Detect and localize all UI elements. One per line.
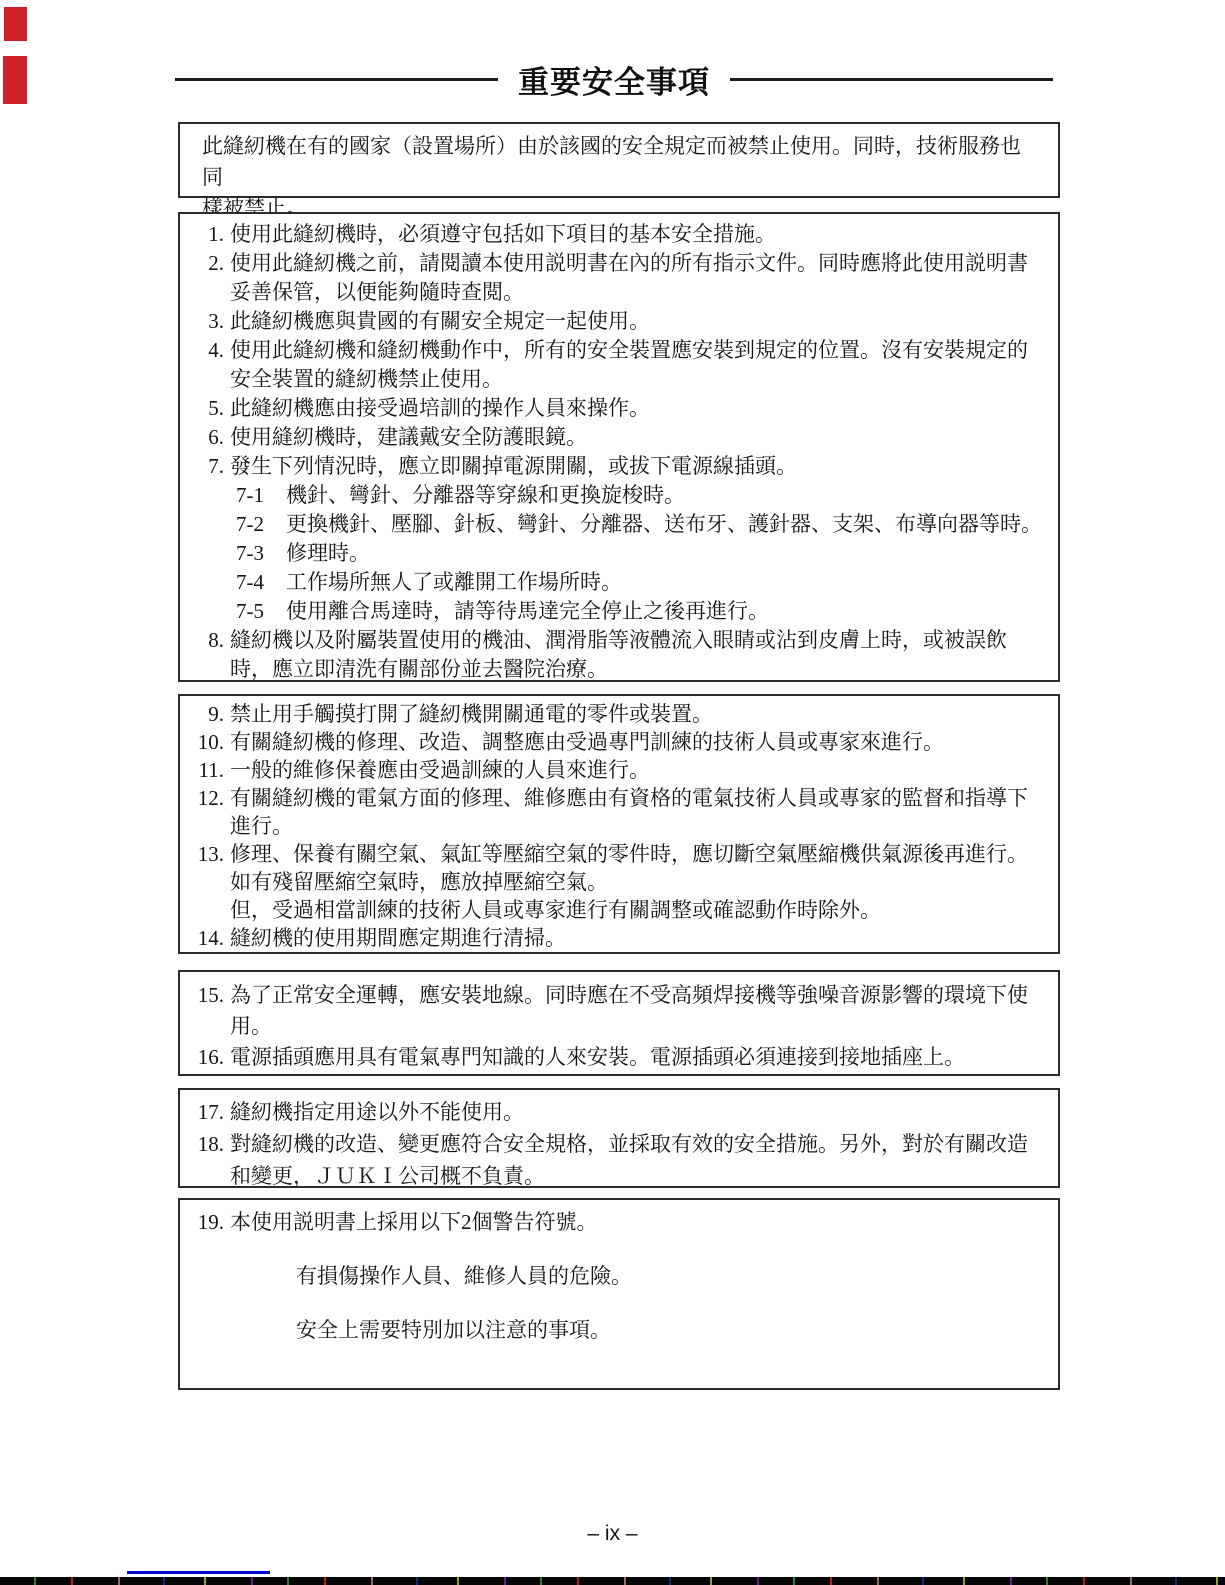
- safety-box-warning-symbols: 19.本使用説明書上採用以下2個警告符號。有損傷操作人員、維修人員的危險。安全上…: [178, 1198, 1060, 1390]
- item-text: 此縫紉機應由接受過培訓的操作人員來操作。: [230, 394, 1044, 423]
- item-text: 有關縫紉機的電氣方面的修理、維修應由有資格的電氣技術人員或專家的監督和指導下 進…: [230, 784, 1044, 840]
- safety-item: 1.使用此縫紉機時，必須遵守包括如下項目的基本安全措施。: [196, 220, 1044, 249]
- safety-item: 5.此縫紉機應由接受過培訓的操作人員來操作。: [196, 394, 1044, 423]
- item-number: 11.: [196, 756, 224, 784]
- item-number: 7-1: [236, 481, 278, 510]
- safety-item: 14.縫紉機的使用期間應定期進行清掃。: [196, 924, 1044, 952]
- blue-underline-artifact: [127, 1571, 270, 1574]
- item-number: 19.: [196, 1208, 224, 1237]
- safety-item: 7-5使用離合馬達時，請等待馬達完全停止之後再進行。: [236, 597, 1044, 626]
- item-number: 3.: [196, 307, 224, 336]
- manual-page: 重要安全事項 此縫紉機在有的國家（設置場所）由於該國的安全規定而被禁止使用。同時…: [0, 0, 1225, 1585]
- item-number: 2.: [196, 249, 224, 278]
- item-number: 9.: [196, 700, 224, 728]
- title-rule-right: [730, 78, 1053, 81]
- intro-text: 此縫紉機在有的國家（設置場所）由於該國的安全規定而被禁止使用。同時，技術服務也同…: [202, 134, 1021, 220]
- item-text: 縫紉機的使用期間應定期進行清掃。: [230, 924, 1044, 952]
- safety-item: 10.有關縫紉機的修理、改造、調整應由受過專門訓練的技術人員或專家來進行。: [196, 728, 1044, 756]
- title-row: 重要安全事項: [175, 56, 1053, 102]
- item-text: 此縫紉機應與貴國的有關安全規定一起使用。: [230, 307, 1044, 336]
- intro-box: 此縫紉機在有的國家（設置場所）由於該國的安全規定而被禁止使用。同時，技術服務也同…: [178, 122, 1060, 198]
- item-number: 12.: [196, 784, 224, 812]
- safety-item: 3.此縫紉機應與貴國的有關安全規定一起使用。: [196, 307, 1044, 336]
- safety-box-grounding: 15.為了正常安全運轉，應安裝地線。同時應在不受高頻焊接機等強噪音源影響的環境下…: [178, 970, 1060, 1076]
- item-text: 電源插頭應用具有電氣專門知識的人來安裝。電源插頭必須連接到接地插座上。: [230, 1042, 1044, 1073]
- item-text: 機針、彎針、分離器等穿線和更換旋梭時。: [286, 481, 1044, 510]
- item-text: 使用此縫紉機之前，請閱讀本使用説明書在內的所有指示文件。同時應將此使用説明書 妥…: [230, 249, 1044, 307]
- item-text: 本使用説明書上採用以下2個警告符號。: [230, 1208, 1044, 1237]
- safety-item: 18.對縫紉機的改造、變更應符合安全規格，並採取有效的安全措施。另外，對於有關改…: [196, 1128, 1044, 1192]
- red-edge-mark-top: [4, 7, 27, 41]
- safety-item: 19.本使用説明書上採用以下2個警告符號。: [196, 1208, 1044, 1237]
- item-text: 縫紉機指定用途以外不能使用。: [230, 1096, 1044, 1128]
- item-text: 縫紉機以及附屬裝置使用的機油、潤滑脂等液體流入眼睛或沾到皮膚上時，或被誤飲 時，…: [230, 626, 1044, 684]
- item-text: 為了正常安全運轉，應安裝地線。同時應在不受高頻焊接機等強噪音源影響的環境下使 用…: [230, 980, 1044, 1042]
- item-text: 一般的維修保養應由受過訓練的人員來進行。: [230, 756, 1044, 784]
- safety-item: 6.使用縫紉機時，建議戴安全防護眼鏡。: [196, 423, 1044, 452]
- safety-item: 9.禁止用手觸摸打開了縫紉機開關通電的零件或裝置。: [196, 700, 1044, 728]
- item-text: 發生下列情況時，應立即關掉電源開關，或拔下電源線插頭。: [230, 452, 1044, 481]
- safety-item: 13.修理、保養有關空氣、氣缸等壓縮空氣的零件時，應切斷空氣壓縮機供氣源後再進行…: [196, 840, 1044, 924]
- item-text: 對縫紉機的改造、變更應符合安全規格，並採取有效的安全措施。另外，對於有關改造 和…: [230, 1128, 1044, 1192]
- page-title: 重要安全事項: [518, 57, 710, 102]
- scan-edge-strip: [0, 1577, 1225, 1585]
- safety-item: 4.使用此縫紉機和縫紉機動作中，所有的安全裝置應安裝到規定的位置。沒有安裝規定的…: [196, 336, 1044, 394]
- safety-box-basic: 1.使用此縫紉機時，必須遵守包括如下項目的基本安全措施。2.使用此縫紉機之前，請…: [178, 212, 1060, 682]
- item-text: 有關縫紉機的修理、改造、調整應由受過專門訓練的技術人員或專家來進行。: [230, 728, 1044, 756]
- item-text: 修理時。: [286, 539, 1044, 568]
- item-number: 10.: [196, 728, 224, 756]
- safety-item: 16.電源插頭應用具有電氣專門知識的人來安裝。電源插頭必須連接到接地插座上。: [196, 1042, 1044, 1073]
- safety-item: 11.一般的維修保養應由受過訓練的人員來進行。: [196, 756, 1044, 784]
- safety-item: 有損傷操作人員、維修人員的危險。: [296, 1262, 1044, 1291]
- item-number: 7-3: [236, 539, 278, 568]
- safety-item: 安全上需要特別加以注意的事項。: [296, 1316, 1044, 1345]
- item-text: 修理、保養有關空氣、氣缸等壓縮空氣的零件時，應切斷空氣壓縮機供氣源後再進行。 如…: [230, 840, 1044, 924]
- safety-item: 8.縫紉機以及附屬裝置使用的機油、潤滑脂等液體流入眼睛或沾到皮膚上時，或被誤飲 …: [196, 626, 1044, 684]
- item-number: 1.: [196, 220, 224, 249]
- safety-item: 12.有關縫紉機的電氣方面的修理、維修應由有資格的電氣技術人員或專家的監督和指導…: [196, 784, 1044, 840]
- item-number: 5.: [196, 394, 224, 423]
- item-text: 有損傷操作人員、維修人員的危險。: [296, 1262, 1044, 1291]
- item-number: 15.: [196, 980, 224, 1011]
- item-number: 7-5: [236, 597, 278, 626]
- item-text: 使用此縫紉機時，必須遵守包括如下項目的基本安全措施。: [230, 220, 1044, 249]
- safety-item: 7.發生下列情況時，應立即關掉電源開關，或拔下電源線插頭。: [196, 452, 1044, 481]
- title-rule-left: [175, 78, 498, 81]
- safety-item: 7-4工作場所無人了或離開工作場所時。: [236, 568, 1044, 597]
- item-number: 7.: [196, 452, 224, 481]
- safety-item: 2.使用此縫紉機之前，請閱讀本使用説明書在內的所有指示文件。同時應將此使用説明書…: [196, 249, 1044, 307]
- page-number: – ix –: [0, 1522, 1225, 1546]
- safety-item: 7-2更換機針、壓腳、針板、彎針、分離器、送布牙、護針器、支架、布導向器等時。: [236, 510, 1044, 539]
- item-number: 8.: [196, 626, 224, 655]
- item-text: 使用此縫紉機和縫紉機動作中，所有的安全裝置應安裝到規定的位置。沒有安裝規定的 安…: [230, 336, 1044, 394]
- red-edge-mark-bottom: [3, 56, 27, 104]
- item-number: 7-2: [236, 510, 278, 539]
- safety-box-maintenance: 9.禁止用手觸摸打開了縫紉機開關通電的零件或裝置。10.有關縫紉機的修理、改造、…: [178, 694, 1060, 954]
- item-number: 13.: [196, 840, 224, 868]
- item-text: 工作場所無人了或離開工作場所時。: [286, 568, 1044, 597]
- item-number: 17.: [196, 1096, 224, 1128]
- item-text: 安全上需要特別加以注意的事項。: [296, 1316, 1044, 1345]
- safety-item: 7-3修理時。: [236, 539, 1044, 568]
- item-number: 7-4: [236, 568, 278, 597]
- safety-item: 17.縫紉機指定用途以外不能使用。: [196, 1096, 1044, 1128]
- item-number: 14.: [196, 924, 224, 952]
- item-text: 使用離合馬達時，請等待馬達完全停止之後再進行。: [286, 597, 1044, 626]
- item-number: 16.: [196, 1042, 224, 1073]
- item-text: 更換機針、壓腳、針板、彎針、分離器、送布牙、護針器、支架、布導向器等時。: [286, 510, 1044, 539]
- item-text: 禁止用手觸摸打開了縫紉機開關通電的零件或裝置。: [230, 700, 1044, 728]
- item-number: 4.: [196, 336, 224, 365]
- safety-item: 7-1機針、彎針、分離器等穿線和更換旋梭時。: [236, 481, 1044, 510]
- safety-item: 15.為了正常安全運轉，應安裝地線。同時應在不受高頻焊接機等強噪音源影響的環境下…: [196, 980, 1044, 1042]
- item-text: 使用縫紉機時，建議戴安全防護眼鏡。: [230, 423, 1044, 452]
- item-number: 6.: [196, 423, 224, 452]
- safety-box-usage: 17.縫紉機指定用途以外不能使用。18.對縫紉機的改造、變更應符合安全規格，並採…: [178, 1088, 1060, 1188]
- item-number: 18.: [196, 1128, 224, 1160]
